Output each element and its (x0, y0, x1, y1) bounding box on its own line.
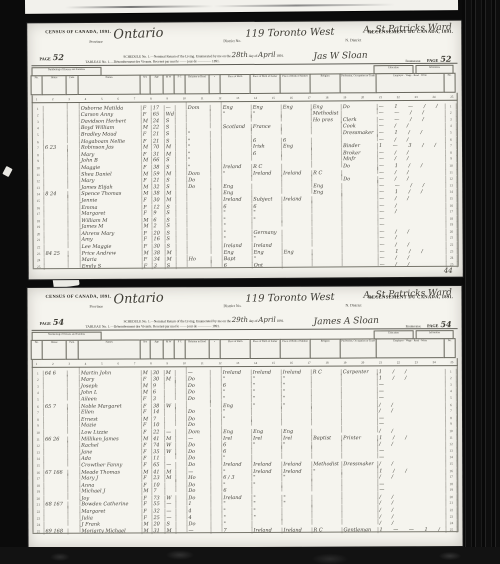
cell: M (165, 436, 176, 443)
cell (165, 407, 176, 414)
column-number: 19 (343, 95, 346, 99)
cell (343, 233, 379, 240)
cell: 25 (152, 515, 165, 522)
cell (343, 246, 379, 253)
cell (44, 116, 68, 123)
cell: 10 (152, 422, 165, 429)
group-education: Education (373, 65, 413, 74)
cell: Baptist (312, 435, 342, 442)
name-cell: Robinson Jas (80, 144, 142, 151)
cell: — (165, 515, 176, 522)
cell: M (142, 184, 152, 191)
cell (176, 433, 187, 440)
cell: 1 / / (378, 368, 446, 375)
cell (44, 136, 68, 143)
cell: S (166, 237, 177, 244)
cell (312, 498, 342, 505)
cell (282, 114, 312, 121)
column-label: No. (444, 338, 456, 358)
cell (68, 381, 80, 388)
cell: " (187, 157, 211, 164)
cell: M (165, 144, 176, 151)
cell (176, 221, 187, 228)
cell: 21 (152, 131, 165, 138)
cell (252, 187, 282, 194)
column-number: 7 (134, 96, 136, 100)
cell: 5 (33, 397, 44, 404)
cell (312, 127, 342, 134)
census-row: 1Osborne MatildaF17—DomEngEngEngEngDo— 1… (33, 101, 457, 110)
cell: M (165, 475, 176, 482)
column-label: Place of Birth of Father (250, 339, 281, 359)
cell (252, 419, 282, 426)
column-number: 3 (68, 361, 70, 365)
column-number: 17 (308, 360, 311, 364)
cell (69, 248, 81, 255)
column-number: 15 (272, 95, 275, 99)
cell: 15 (446, 195, 457, 202)
cell (44, 129, 68, 136)
cell: — 1 — / / (378, 103, 446, 110)
cell (222, 154, 252, 161)
cell (44, 381, 68, 388)
subdistrict-label: N. District (346, 303, 362, 307)
cell (211, 472, 222, 479)
cell (312, 193, 342, 200)
cell: 1 (33, 106, 44, 113)
cell: 17 (33, 476, 44, 483)
cell (342, 167, 378, 174)
cell: " (252, 382, 282, 389)
cell (342, 406, 378, 413)
cell: Eng (223, 249, 253, 256)
cell (282, 128, 312, 135)
column-label: Relation to Head (185, 74, 210, 94)
group-houses-families: Numbering of Houses and Families (32, 332, 102, 341)
name-cell: Aileen (80, 396, 142, 403)
column-label: Employer · Wage · Read · Write (376, 338, 445, 358)
cell: 15 (33, 462, 44, 469)
cell: — 1 / / (378, 129, 446, 136)
cell (187, 207, 211, 214)
cell: " (282, 501, 312, 508)
record-rows: 1Osborne MatildaF17—DomEngEngEngEngDo— 1… (32, 101, 459, 268)
cell: 15 (446, 461, 457, 468)
name-cell: Price Andrew (81, 250, 143, 257)
column-number: 24 (433, 360, 436, 364)
cell (211, 155, 222, 162)
column-label: Profession, Occupation or Trade (340, 73, 377, 93)
cell: 19 (33, 489, 44, 496)
cell (176, 128, 187, 135)
column-number: 24 (432, 94, 435, 98)
cell (44, 182, 68, 189)
cell (44, 493, 68, 500)
cell (44, 427, 68, 434)
cell: " (187, 144, 211, 151)
cell: Ireland (252, 170, 282, 177)
cell: 19 (446, 222, 457, 229)
column-label: Profession, Occupation or Trade (340, 338, 377, 358)
group-houses-families: Numbering of Houses and Families (31, 67, 101, 76)
group-infirmities: Infirmities (415, 65, 453, 74)
cell (312, 518, 342, 525)
cell: S (165, 118, 176, 125)
column-number: 17 (308, 95, 311, 99)
cell: F (143, 237, 153, 244)
cell (176, 181, 187, 188)
cell: " (222, 170, 252, 177)
cell (252, 181, 282, 188)
cell (176, 512, 187, 519)
cell: S (165, 210, 176, 217)
column-number: 4 (85, 361, 87, 365)
cell (44, 394, 68, 401)
cell (45, 235, 69, 242)
cell (312, 472, 342, 479)
cell: Do (187, 396, 211, 403)
cell (211, 459, 222, 466)
cell: 11 (33, 171, 44, 178)
cell: Eng (312, 183, 342, 190)
cell (282, 207, 312, 214)
cell (176, 446, 187, 453)
cell (176, 168, 187, 175)
cell (211, 367, 222, 374)
name-cell: James M (80, 224, 142, 231)
column-number: 25 (450, 360, 453, 364)
cell (165, 380, 176, 387)
cell: Ireland (222, 197, 252, 204)
cell (312, 445, 342, 452)
film-speck (2, 166, 12, 177)
cell: 1 (33, 370, 44, 377)
column-label: House (42, 75, 67, 95)
province-label: Province (89, 40, 103, 44)
name-cell: Julia (80, 515, 142, 522)
page-number-left: PAGE54 (40, 317, 65, 327)
cell (342, 452, 378, 459)
cell (177, 247, 188, 254)
cell (211, 380, 222, 387)
cell: R C (312, 369, 342, 376)
cell (68, 512, 80, 519)
province-value: Ontario (113, 26, 164, 43)
cell (68, 182, 80, 189)
cell: 7 (33, 410, 44, 417)
cell: 9 (33, 158, 44, 165)
name-cell: Jane (80, 449, 142, 456)
cell: " (222, 223, 252, 230)
cell: — / (379, 235, 447, 242)
cell (312, 141, 342, 148)
cell: — (378, 421, 446, 428)
column-label: Place of Birth (220, 339, 251, 359)
cell: M (165, 197, 176, 204)
cell: 7 (446, 143, 457, 150)
column-group-row: Numbering of Houses and Families Educati… (32, 330, 458, 340)
column-number: 9 (167, 361, 169, 365)
cell: F (142, 462, 152, 469)
cell: 9 (152, 383, 165, 390)
name-cell: Jennie (80, 197, 142, 204)
column-number: 5 (101, 96, 103, 100)
cell (188, 260, 212, 267)
cell: 41 (152, 436, 165, 443)
cell (342, 472, 378, 479)
cell: 55 (152, 502, 165, 509)
cell (45, 261, 69, 268)
film-edge-streaks (462, 0, 500, 564)
cell (211, 420, 222, 427)
cell: — (165, 501, 176, 508)
census-row: 164 6Martin JohnM30M—IrelandIrelandIrela… (33, 366, 457, 374)
cell (68, 129, 80, 136)
cell: Subject (252, 196, 282, 203)
name-cell: Bradley Maud (80, 131, 142, 138)
cell (282, 220, 312, 227)
cell: 68 167 (44, 502, 68, 509)
cell (282, 446, 312, 453)
cell: Eng (222, 104, 252, 111)
cell (342, 392, 378, 399)
cell: M (142, 171, 152, 178)
cell (312, 220, 342, 227)
cell (211, 207, 222, 214)
cell (165, 486, 176, 493)
cell: Dom (187, 105, 211, 112)
cell: 30 (152, 370, 165, 377)
cell: — (378, 222, 446, 229)
column-number: 4 (85, 96, 87, 100)
cell (69, 235, 81, 242)
cell (342, 180, 378, 187)
cell (44, 420, 68, 427)
cell: Eng (283, 249, 313, 256)
cell (312, 406, 342, 413)
cell: / / (378, 408, 446, 415)
cell: Carpenter (342, 369, 378, 376)
cell (176, 142, 187, 149)
cell: Do (342, 103, 378, 110)
cell (165, 420, 176, 427)
cell (176, 102, 187, 109)
cell (252, 406, 282, 413)
cell (177, 234, 188, 241)
cell (187, 221, 211, 228)
cell (312, 161, 342, 168)
column-label: No. (444, 73, 456, 93)
cell: — — / / (378, 182, 446, 189)
cell: — (378, 382, 446, 389)
cell (343, 259, 379, 266)
cell: Irel (222, 435, 252, 442)
cell (211, 433, 222, 440)
cell: / / (378, 461, 446, 468)
cell: Ireland (282, 170, 312, 177)
cell: Printer (342, 435, 378, 442)
column-label: Religion (310, 339, 341, 359)
cell: " (252, 514, 282, 521)
cell: / / (378, 474, 446, 481)
group-education: Education (374, 330, 414, 339)
cell: 19 (33, 224, 44, 231)
cell (44, 208, 68, 215)
province-value: Ontario (113, 290, 164, 307)
cell: 9 (446, 421, 457, 428)
schedule-line-french: TABLEAU No. 1.—Dénombrement des Vivants.… (85, 59, 219, 64)
cell: 17 (33, 211, 44, 218)
cell (282, 419, 312, 426)
cell (211, 393, 222, 400)
cell (252, 128, 282, 135)
column-number: 15 (272, 360, 275, 364)
cell: Do (187, 422, 211, 429)
name-cell: Mazie (80, 422, 142, 429)
cell: Do (187, 488, 211, 495)
column-number: 10 (183, 96, 186, 100)
column-number: 6 (117, 96, 119, 100)
cell (282, 406, 312, 413)
name-cell: Milliken James (80, 436, 142, 443)
cell (44, 460, 68, 467)
column-number: 16 (290, 95, 293, 99)
name-cell: Bowden Catherine (80, 502, 142, 509)
cell: 59 (152, 171, 165, 178)
column-number: 12 (218, 96, 221, 100)
column-number: 21 (379, 360, 382, 364)
district-value: 119 Toronto West (245, 27, 334, 40)
cell (342, 445, 378, 452)
cell (44, 473, 68, 480)
column-number: 21 (379, 95, 382, 99)
column-label: Place of Birth of Mother (280, 339, 311, 359)
cell: F (142, 409, 152, 416)
cell: " (253, 236, 283, 243)
cell (222, 115, 252, 122)
column-group-row: Numbering of Houses and Families Educati… (31, 65, 457, 76)
column-label: Place of Birth (220, 74, 251, 94)
cell (211, 512, 222, 519)
column-number: 13 (236, 96, 239, 100)
column-number: 23 (415, 94, 418, 98)
cell (283, 233, 313, 240)
cell (188, 247, 212, 254)
cell: — / / (378, 195, 446, 202)
cell: Eng (312, 104, 342, 111)
cell (68, 103, 80, 110)
cell: " (187, 131, 211, 138)
cell: Irel (282, 435, 312, 442)
film-bottom-band (0, 547, 500, 564)
cell: R C (312, 170, 342, 177)
cell: " (252, 396, 282, 403)
column-label: Employer · Wage · Read · Write (376, 73, 445, 93)
cell: " (282, 395, 312, 402)
cell (188, 234, 212, 241)
cell: " (282, 382, 312, 389)
cell (176, 486, 187, 493)
cell (176, 194, 187, 201)
cell: 11 (446, 434, 457, 441)
cell (211, 102, 222, 109)
cell: 5 (33, 132, 44, 139)
cell (252, 446, 282, 453)
census-page-52: CENSUS OF CANADA, 1891. RECENSEMENT DU C… (27, 21, 463, 280)
cell (68, 447, 80, 454)
cell (342, 206, 378, 213)
cell: — (378, 487, 446, 494)
cell: Ireland (282, 461, 312, 468)
district-label: District No. (224, 304, 242, 308)
cell: " (252, 501, 282, 508)
cell: — — / / (378, 116, 446, 123)
cell (212, 247, 223, 254)
cell: 13 (33, 449, 44, 456)
cell (68, 526, 80, 533)
column-number: 12 (218, 361, 221, 365)
cell: 3 (446, 382, 457, 389)
cell: 24 (152, 118, 165, 125)
cell: 65 (152, 462, 165, 469)
cell: 3 (152, 396, 165, 403)
name-cell: Michael J (80, 488, 142, 495)
cell (312, 154, 342, 161)
name-cell: James Elijah (80, 184, 142, 191)
cell (222, 141, 252, 148)
cell: Clerk (342, 117, 378, 124)
cell: 3 (446, 116, 457, 123)
column-number: 18 (325, 360, 328, 364)
cell (211, 406, 222, 413)
cell: S (165, 223, 176, 230)
cell (342, 511, 378, 518)
cell (312, 485, 342, 492)
cell (176, 115, 187, 122)
cell: M (165, 171, 176, 178)
column-number: 23 (415, 360, 418, 364)
cell: M (165, 370, 176, 377)
cell (222, 128, 252, 135)
previous-page-edge (25, 0, 458, 14)
cell: 11 (446, 169, 457, 176)
cell (176, 420, 187, 427)
cell: F (142, 422, 152, 429)
cell (176, 380, 187, 387)
cell: " (223, 236, 253, 243)
cell: 32 (152, 184, 165, 191)
cell (68, 394, 80, 401)
cell: Eng (252, 104, 282, 111)
column-number: 16 (290, 360, 293, 364)
cell: Irish (252, 144, 282, 151)
cell (211, 499, 222, 506)
cell: 7 (152, 488, 165, 495)
cell (176, 393, 187, 400)
cell: 1 / / (378, 434, 446, 441)
cell: 66 (152, 158, 165, 165)
cell: 7 (446, 408, 457, 415)
cell (68, 169, 80, 176)
cell (187, 194, 211, 201)
cell (44, 221, 68, 228)
cell (68, 142, 80, 149)
cell: " (222, 501, 252, 508)
cell: Ho pres (312, 117, 342, 124)
cell: 6 (222, 448, 252, 455)
cell: M (142, 224, 152, 231)
province-label: Province (90, 305, 104, 309)
